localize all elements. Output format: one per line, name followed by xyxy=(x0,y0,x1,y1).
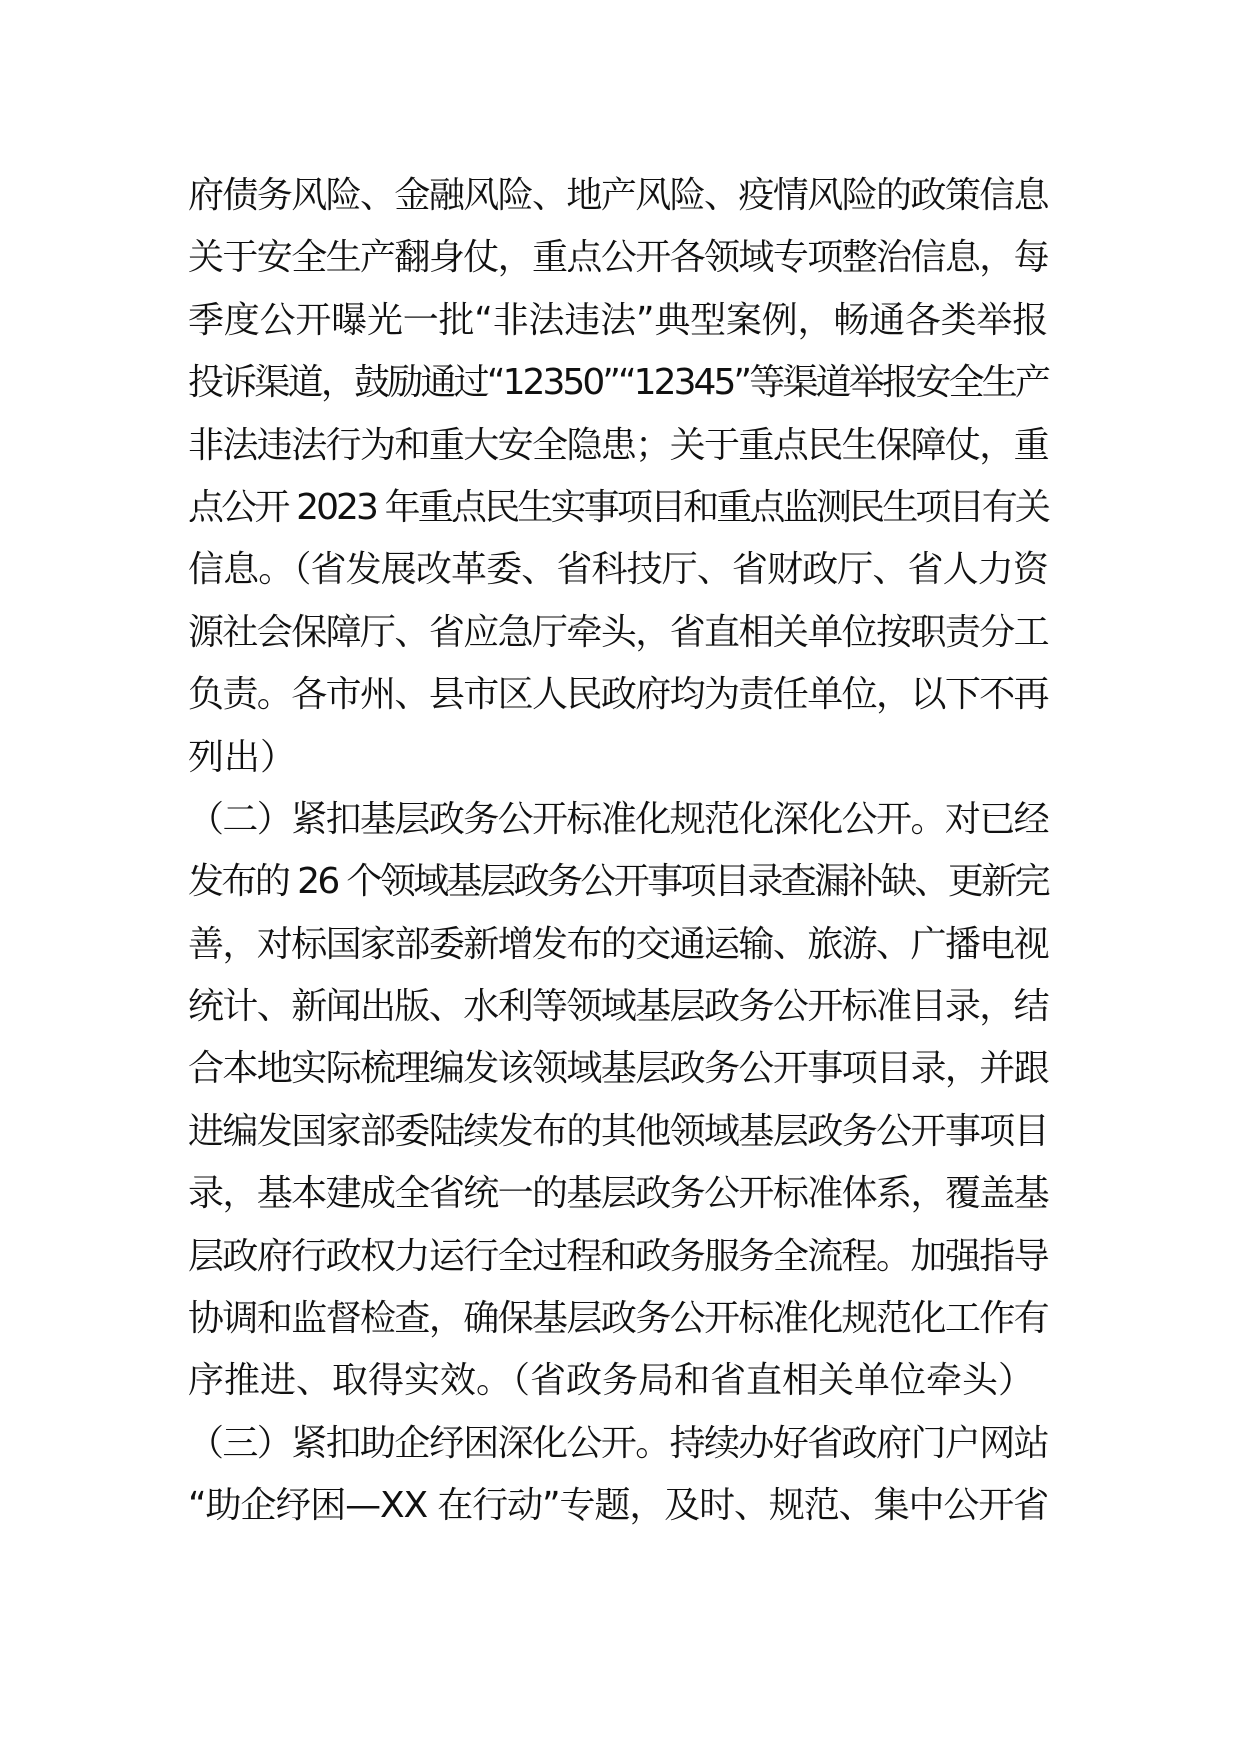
section-heading-line: （三）紧扣助企纾困深化公开。持续办好省政府门户网站 xyxy=(188,1416,1048,1478)
text-line: 季度公开曝光一批“非法违法”典型案例，畅通各类举报 xyxy=(188,293,1048,355)
text-line: 序推进、取得实效。（省政务局和省直相关单位牵头） xyxy=(188,1353,1048,1415)
text-line: 录，基本建成全省统一的基层政务公开标准体系，覆盖基 xyxy=(188,1166,1048,1228)
text-line: 负责。各市州、县市区人民政府均为责任单位，以下不再 xyxy=(188,667,1048,729)
text-line: 发布的 26 个领域基层政务公开事项目录查漏补缺、更新完 xyxy=(188,854,1048,916)
text-line: 府债务风险、金融风险、地产风险、疫情风险的政策信息 xyxy=(188,168,1048,230)
text-line: 信息。（省发展改革委、省科技厅、省财政厅、省人力资 xyxy=(188,542,1048,604)
text-line: 协调和监督检查，确保基层政务公开标准化规范化工作有 xyxy=(188,1291,1048,1353)
text-line: 源社会保障厅、省应急厅牵头，省直相关单位按职责分工 xyxy=(188,605,1048,667)
document-page: 府债务风险、金融风险、地产风险、疫情风险的政策信息 关于安全生产翻身仗，重点公开… xyxy=(0,0,1240,1754)
text-line: 关于安全生产翻身仗，重点公开各领域专项整治信息，每 xyxy=(188,230,1048,292)
text-line: 层政府行政权力运行全过程和政务服务全流程。加强指导 xyxy=(188,1229,1048,1291)
text-line: “助企纾困—XX 在行动”专题，及时、规范、集中公开省 xyxy=(188,1478,1048,1540)
document-body: 府债务风险、金融风险、地产风险、疫情风险的政策信息 关于安全生产翻身仗，重点公开… xyxy=(188,168,1048,1541)
text-line: 进编发国家部委陆续发布的其他领域基层政务公开事项目 xyxy=(188,1104,1048,1166)
text-line: 合本地实际梳理编发该领域基层政务公开事项目录，并跟 xyxy=(188,1041,1048,1103)
section-heading-line: （二）紧扣基层政务公开标准化规范化深化公开。对已经 xyxy=(188,792,1048,854)
text-line: 统计、新闻出版、水利等领域基层政务公开标准目录，结 xyxy=(188,979,1048,1041)
text-line: 列出） xyxy=(188,730,1048,792)
text-line: 善，对标国家部委新增发布的交通运输、旅游、广播电视 xyxy=(188,917,1048,979)
text-line: 投诉渠道，鼓励通过“12350”“12345”等渠道举报安全生产 xyxy=(188,355,1048,417)
text-line: 点公开 2023 年重点民生实事项目和重点监测民生项目有关 xyxy=(188,480,1048,542)
text-line: 非法违法行为和重大安全隐患；关于重点民生保障仗，重 xyxy=(188,418,1048,480)
